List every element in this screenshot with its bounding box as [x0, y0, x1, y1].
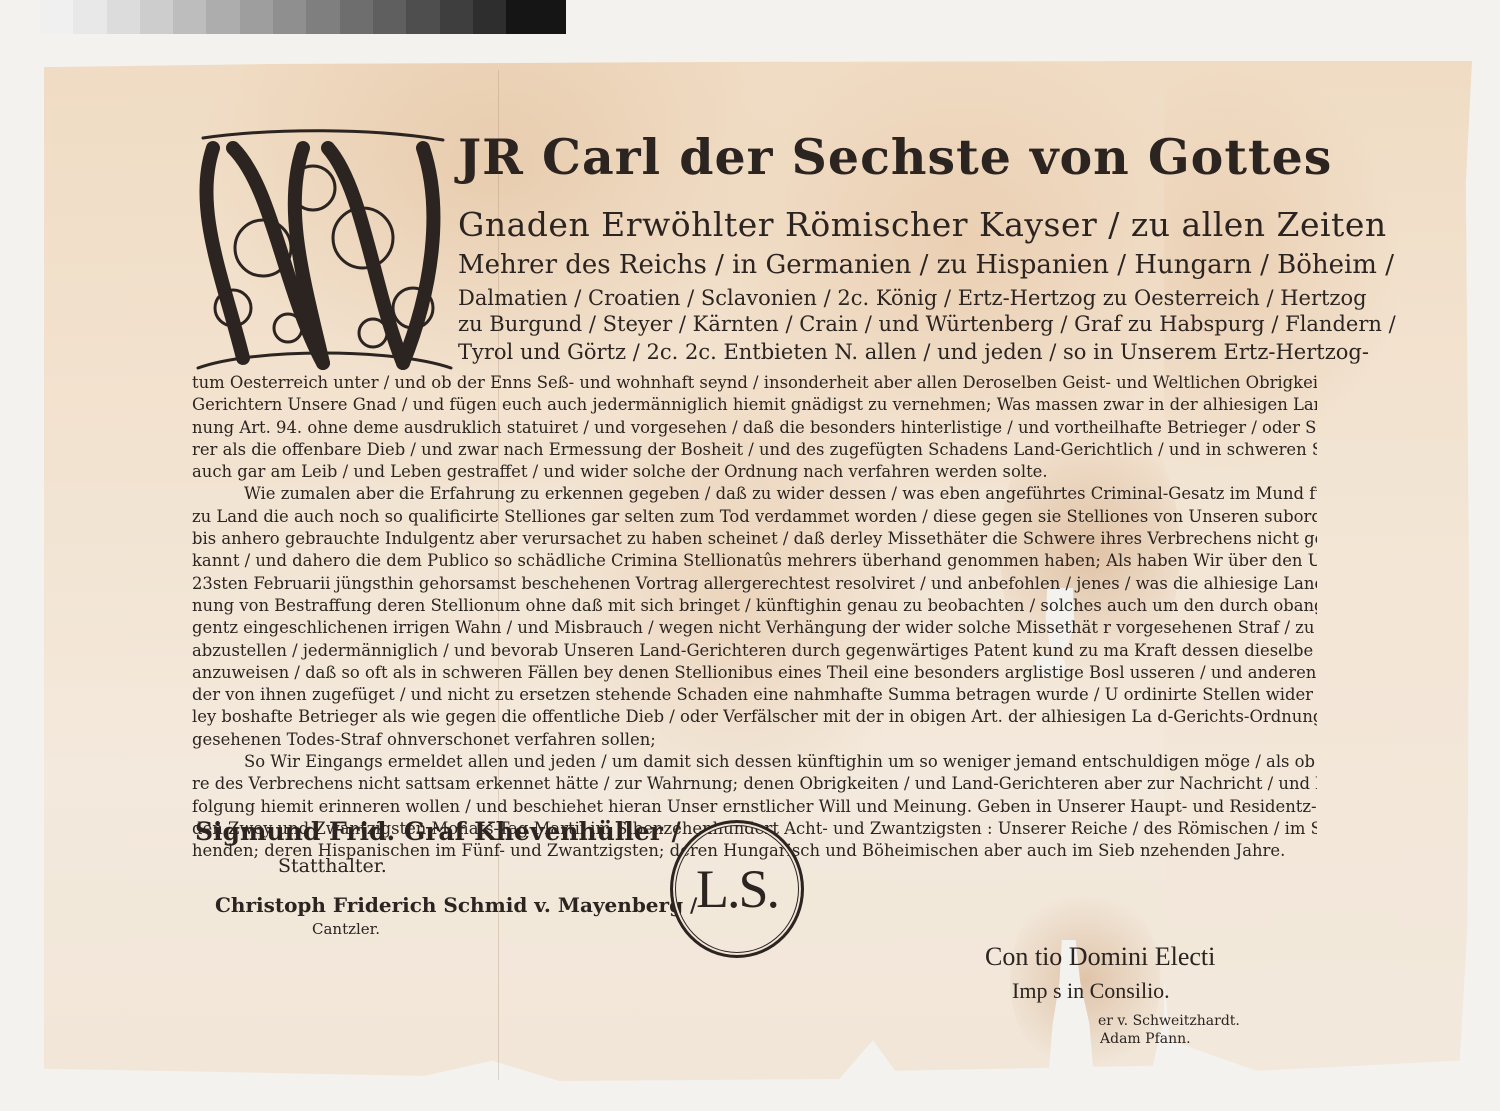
- body-line: gentz eingeschlichenen irrigen Wahn / un…: [192, 617, 1317, 639]
- body-line: tum Oesterreich unter / und ob der Enns …: [192, 372, 1317, 394]
- body-line: bis anhero gebrauchte Indulgentz aber ve…: [192, 528, 1317, 550]
- body-line: 23sten Februarii jüngsthin gehorsamst be…: [192, 573, 1317, 595]
- calibration-swatch: [206, 0, 239, 34]
- heading-line-2: Gnaden Erwöhlter Römischer Kayser / zu a…: [458, 205, 1387, 244]
- countersign-line-1: Con tio Domini Electi: [985, 942, 1215, 972]
- calibration-swatch: [406, 0, 439, 34]
- body-line: rer als die offenbare Dieb / und zwar na…: [192, 439, 1317, 461]
- seal-text: L.S.: [696, 858, 778, 920]
- calibration-swatch: [173, 0, 206, 34]
- signature-governor: Sigmund Frid. Graf Khevenhüller /: [195, 817, 681, 846]
- body-line: kannt / und dahero die dem Publico so sc…: [192, 550, 1317, 572]
- heading-line-3: Mehrer des Reichs / in Germanien / zu Hi…: [458, 250, 1394, 280]
- seal-ls: L.S.: [670, 820, 804, 958]
- body-line: nung Art. 94. ohne deme ausdruklich stat…: [192, 417, 1317, 439]
- heading-line-6: Tyrol und Görtz / 2c. 2c. Entbieten N. a…: [458, 340, 1369, 364]
- calibration-swatch: [340, 0, 373, 34]
- calibration-swatch-black: [506, 0, 566, 34]
- heading-line-5: zu Burgund / Steyer / Kärnten / Crain / …: [458, 312, 1396, 336]
- countersign-line-4: Adam Pfann.: [1100, 1031, 1191, 1047]
- calibration-swatch: [373, 0, 406, 34]
- signature-chancellor: Christoph Friderich Schmid v. Mayenberg …: [215, 893, 697, 917]
- calibration-swatch: [107, 0, 140, 34]
- calibration-swatch: [473, 0, 506, 34]
- calibration-swatch: [240, 0, 273, 34]
- calibration-swatch: [440, 0, 473, 34]
- calibration-swatch: [73, 0, 106, 34]
- body-line: zu Land die auch noch so qualificirte St…: [192, 506, 1317, 528]
- countersign-line-2: Imp s in Consilio.: [1012, 978, 1170, 1004]
- body-line: Wie zumalen aber die Erfahrung zu erkenn…: [192, 483, 1317, 505]
- color-calibration-strip: [40, 0, 566, 34]
- body-line: nung von Bestraffung deren Stellionum oh…: [192, 595, 1317, 617]
- body-line: gesehenen Todes-Straf ohnverschonet verf…: [192, 729, 1317, 751]
- calibration-swatch: [273, 0, 306, 34]
- body-line: der von ihnen zugefüget / und nicht zu e…: [192, 684, 1317, 706]
- body-line: folgung hiemit erinneren wollen / und be…: [192, 796, 1317, 818]
- body-line: auch gar am Leib / und Leben gestraffet …: [192, 461, 1317, 483]
- body-line: anzuweisen / daß so oft als in schweren …: [192, 662, 1317, 684]
- heading-line-4: Dalmatien / Croatien / Sclavonien / 2c. …: [458, 286, 1367, 310]
- calibration-swatch: [140, 0, 173, 34]
- body-line: So Wir Eingangs ermeldet allen und jeden…: [192, 751, 1317, 773]
- body-text: tum Oesterreich unter / und ob der Enns …: [192, 372, 1317, 863]
- body-line: Gerichtern Unsere Gnad / und fügen euch …: [192, 394, 1317, 416]
- signature-chancellor-title: Cantzler.: [312, 920, 380, 938]
- countersign-line-3: er v. Schweitzhardt.: [1098, 1013, 1240, 1029]
- ornamental-w-icon: [193, 128, 455, 374]
- body-line: re des Verbrechens nicht sattsam erkenne…: [192, 773, 1317, 795]
- heading-line-1: JR Carl der Sechste von Gottes: [458, 128, 1332, 186]
- calibration-swatch: [306, 0, 339, 34]
- body-line: ley boshafte Betrieger als wie gegen die…: [192, 706, 1317, 728]
- signature-governor-title: Statthalter.: [278, 855, 387, 877]
- decorated-initial-w: [193, 128, 455, 374]
- body-line: abzustellen / jedermänniglich / und bevo…: [192, 640, 1317, 662]
- calibration-swatch: [40, 0, 73, 34]
